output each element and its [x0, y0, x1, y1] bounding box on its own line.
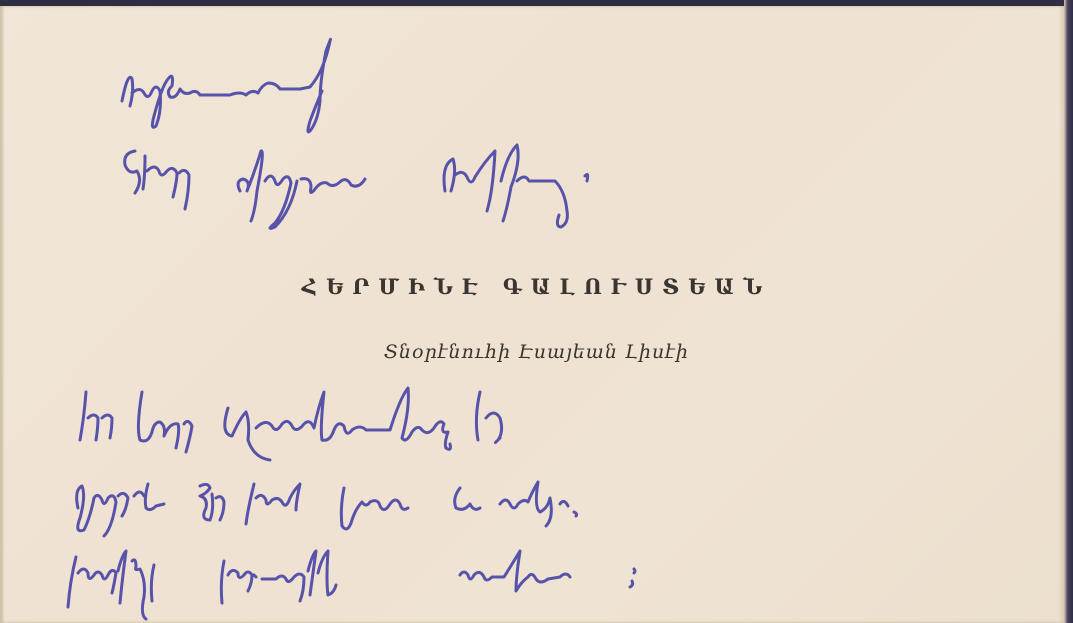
- frame-right-edge: [1064, 0, 1073, 623]
- handwritten-line-3: Իր խոր շնորհակալութիւնը եւ: [60, 378, 1020, 478]
- printed-name: ՀԵՐՄԻՆԷ ԳԱԼՈՒՍՏԵԱՆ: [0, 274, 1073, 299]
- handwriting-stroke-icon: [60, 541, 1050, 623]
- printed-title: Տնօրէնուհի Էսայեան Լիսէի: [0, 341, 1073, 363]
- handwriting-stroke-icon: [60, 378, 1020, 478]
- handwriting-stroke-icon: [110, 31, 530, 141]
- handwriting-stroke-icon: [60, 468, 1050, 548]
- handwritten-line-1: Ամենապատուելի: [110, 31, 530, 141]
- business-card: Ամենապատուելի Տէր Վարդան Աթմաճեանին, ՀԵՐ…: [0, 6, 1064, 623]
- handwritten-line-2: Տէր Վարդան Աթմաճեանին,: [115, 131, 915, 251]
- handwritten-line-5: բարեբախտ Նոր Տարի ու Ծնունդ:: [60, 541, 1050, 623]
- handwriting-stroke-icon: [115, 131, 915, 251]
- handwritten-line-4: յարգանքը կը յայտնէ ու կը մաղթէ: [60, 468, 1050, 548]
